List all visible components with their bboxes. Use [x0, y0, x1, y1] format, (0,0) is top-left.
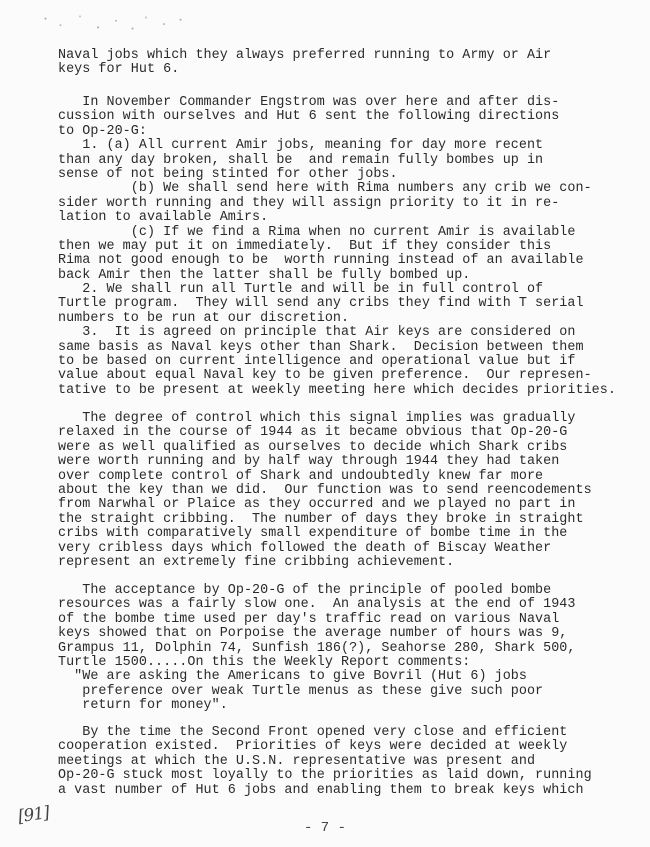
text-line: return for money".: [58, 699, 575, 713]
text-line: The degree of control which this signal …: [58, 412, 592, 426]
text-line: to be based on current intelligence and …: [58, 355, 616, 369]
text-line: keys for Hut 6.: [58, 63, 551, 77]
text-line: Turtle 1500.....On this the Weekly Repor…: [58, 656, 575, 670]
text-line: from Narwhal or Plaice as they occurred …: [58, 498, 592, 512]
text-line: were as well qualified as ourselves to d…: [58, 441, 592, 455]
text-line: numbers to be run at our discretion.: [58, 312, 616, 326]
text-line: relaxed in the course of 1944 as it beca…: [58, 426, 592, 440]
text-line: of the bombe time used per day's traffic…: [58, 613, 575, 627]
text-line: Op-20-G stuck most loyally to the priori…: [58, 769, 592, 783]
page-number: - 7 -: [0, 820, 650, 836]
text-line: (b) We shall send here with Rima numbers…: [58, 182, 616, 196]
text-line: the straight cribbing. The number of day…: [58, 513, 592, 527]
text-line: lation to available Amirs.: [58, 211, 616, 225]
text-line: tative to be present at weekly meeting h…: [58, 384, 616, 398]
header-smudge: [38, 12, 188, 34]
text-line: represent an extremely fine cribbing ach…: [58, 556, 592, 570]
paragraph-second-front: By the time the Second Front opened very…: [58, 726, 592, 798]
text-line: 3. It is agreed on principle that Air ke…: [58, 326, 616, 340]
text-line: cussion with ourselves and Hut 6 sent th…: [58, 110, 616, 124]
text-line: Turtle program. They will send any cribs…: [58, 297, 616, 311]
text-line: Rima not good enough to be worth running…: [58, 254, 616, 268]
text-line: resources was a fairly slow one. An anal…: [58, 598, 575, 612]
text-line: about the key than we did. Our function …: [58, 484, 592, 498]
paragraph-degree-of-control: The degree of control which this signal …: [58, 412, 592, 570]
text-line: Naval jobs which they always preferred r…: [58, 49, 551, 63]
text-line: back Amir then the latter shall be fully…: [58, 269, 616, 283]
text-line: value about equal Naval key to be given …: [58, 369, 616, 383]
text-line: In November Commander Engstrom was over …: [58, 96, 616, 110]
text-line: The acceptance by Op-20-G of the princip…: [58, 584, 575, 598]
text-line: sider worth running and they will assign…: [58, 197, 616, 211]
text-line: same basis as Naval keys other than Shar…: [58, 341, 616, 355]
text-line: over complete control of Shark and undou…: [58, 470, 592, 484]
text-line: keys showed that on Porpoise the average…: [58, 627, 575, 641]
text-line: a vast number of Hut 6 jobs and enabling…: [58, 784, 592, 798]
text-line: 2. We shall run all Turtle and will be i…: [58, 283, 616, 297]
text-line: 1. (a) All current Amir jobs, meaning fo…: [58, 139, 616, 153]
paragraph-continuation: Naval jobs which they always preferred r…: [58, 49, 551, 78]
text-line: (c) If we find a Rima when no current Am…: [58, 226, 616, 240]
text-line: were worth running and by half way throu…: [58, 455, 592, 469]
text-line: meetings at which the U.S.N. representat…: [58, 755, 592, 769]
paragraph-directions: In November Commander Engstrom was over …: [58, 96, 616, 398]
text-line: cribs with comparatively small expenditu…: [58, 527, 592, 541]
paragraph-pooled-bombe: The acceptance by Op-20-G of the princip…: [58, 584, 575, 714]
text-line: than any day broken, shall be and remain…: [58, 154, 616, 168]
text-line: sense of not being stinted for other job…: [58, 168, 616, 182]
text-line: "We are asking the Americans to give Bov…: [58, 670, 575, 684]
text-line: preference over weak Turtle menus as the…: [58, 685, 575, 699]
text-line: Grampus 11, Dolphin 74, Sunfish 186(?), …: [58, 642, 575, 656]
text-line: to Op-20-G:: [58, 125, 616, 139]
text-line: By the time the Second Front opened very…: [58, 726, 592, 740]
text-line: cooperation existed. Priorities of keys …: [58, 740, 592, 754]
text-line: then we may put it on immediately. But i…: [58, 240, 616, 254]
text-line: very cribless days which followed the de…: [58, 542, 592, 556]
